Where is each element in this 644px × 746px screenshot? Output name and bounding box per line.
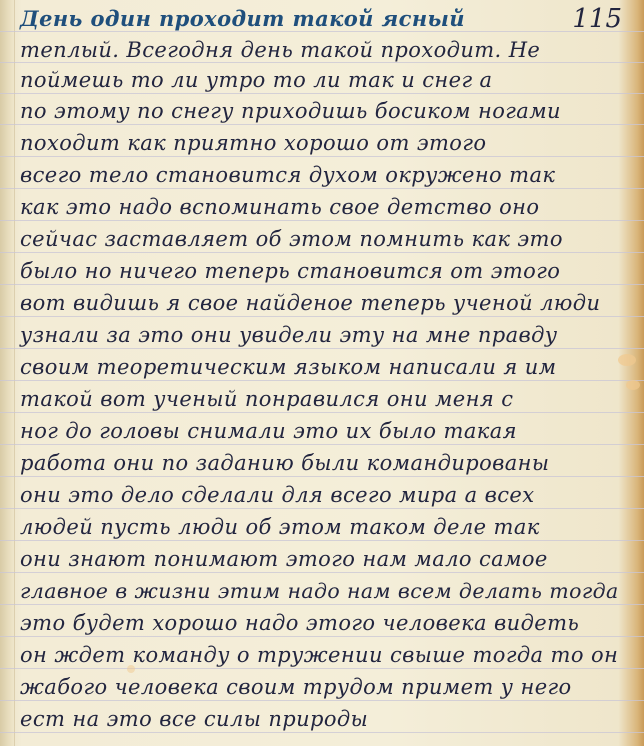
text-line: всего тело становится духом окружено так [20, 165, 555, 186]
text-line: было но ничего теперь становится от этог… [20, 261, 560, 282]
text-line: работа они по заданию были командированы [20, 453, 549, 474]
text-line: поймешь то ли утро то ли так и снег а [20, 70, 492, 91]
handwritten-text: День один проходит такой ясный теплый. В… [0, 0, 644, 746]
text-line: по этому по снегу приходишь босиком нога… [20, 101, 561, 122]
text-line: он ждет команду о тружении свыше тогда т… [20, 645, 618, 666]
text-line: такой вот ученый понравился они меня с [20, 389, 513, 410]
text-line: сейчас заставляет об этом помнить как эт… [20, 229, 563, 250]
text-line: как это надо вспоминать свое детство оно [20, 197, 539, 218]
text-line: ног до головы снимали это их было такая [20, 421, 517, 442]
notebook-page: 115 День один проходит такой ясный теплы… [0, 0, 644, 746]
text-line: своим теоретическим языком написали я им [20, 357, 556, 378]
text-line: узнали за это они увидели эту на мне пра… [20, 325, 557, 346]
text-line: главное в жизни этим надо нам всем делат… [20, 581, 619, 602]
text-line: походит как приятно хорошо от этого [20, 133, 486, 154]
text-line: жабого человека своим трудом примет у не… [20, 677, 572, 698]
text-line: вот видишь я свое найденое теперь ученой… [20, 293, 600, 314]
text-line: они знают понимают этого нам мало самое [20, 549, 548, 570]
text-line: День один проходит такой ясный [20, 8, 465, 29]
text-line: они это дело сделали для всего мира а вс… [20, 485, 534, 506]
text-line: ест на это все силы природы [20, 709, 368, 730]
text-line: теплый. Всегодня день такой проходит. Не [20, 40, 540, 61]
text-line: людей пусть люди об этом таком деле так [20, 517, 540, 538]
text-line: это будет хорошо надо этого человека вид… [20, 613, 579, 634]
